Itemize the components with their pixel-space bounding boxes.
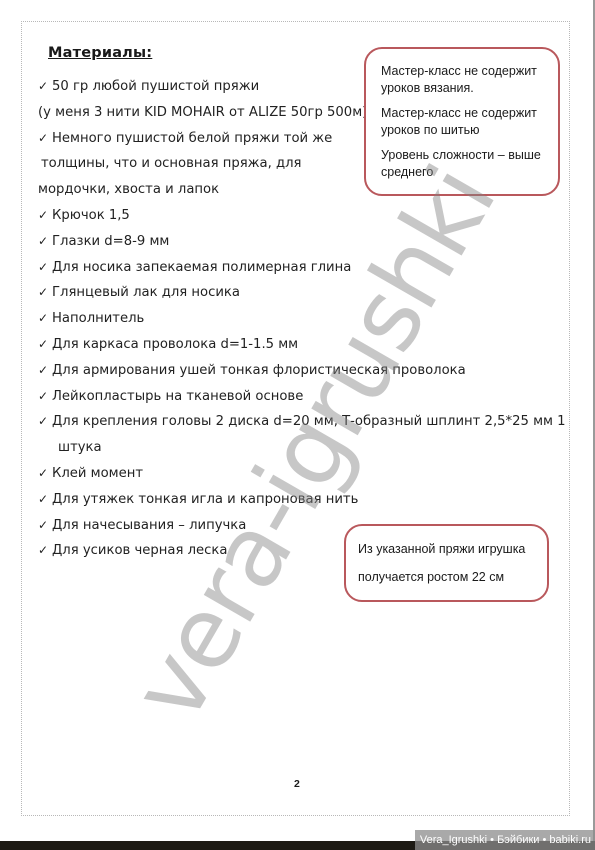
material-line: ✓Для каркаса проволока d=1-1.5 мм (38, 332, 568, 358)
material-text: Крючок 1,5 (52, 208, 130, 223)
checkmark-icon: ✓ (38, 538, 52, 564)
material-text: толщины, что и основная пряжа, для (41, 156, 301, 171)
material-text: 50 гр любой пушистой пряжи (52, 79, 259, 94)
material-line: ✓Для крепления головы 2 диска d=20 мм, Т… (38, 409, 568, 435)
material-text: Глазки d=8-9 мм (52, 234, 169, 249)
material-line: ✓Наполнитель (38, 306, 568, 332)
notice-paragraph: Уровень сложности – выше среднего (381, 147, 548, 181)
material-text: Глянцевый лак для носика (52, 285, 240, 300)
checkmark-icon: ✓ (38, 203, 52, 229)
material-text: Для усиков черная леска (52, 543, 227, 558)
material-line: ✓Крючок 1,5 (38, 203, 568, 229)
checkmark-icon: ✓ (38, 513, 52, 539)
material-line: ✓Глазки d=8-9 мм (38, 229, 568, 255)
checkmark-icon: ✓ (38, 255, 52, 281)
size-paragraph: Из указанной пряжи игрушка (358, 535, 537, 563)
checkmark-icon: ✓ (38, 306, 52, 332)
material-text: мордочки, хвоста и лапок (38, 182, 219, 197)
checkmark-icon: ✓ (38, 358, 52, 384)
material-line: штука (38, 435, 568, 461)
material-line: ✓Для носика запекаемая полимерная глина (38, 255, 568, 281)
material-text: (у меня 3 нити KID MOHAIR от ALIZE 50гр … (38, 105, 367, 120)
materials-heading: Материалы: (48, 45, 152, 61)
material-line: ✓Для армирования ушей тонкая флористичес… (38, 358, 568, 384)
notice-paragraph: Мастер-класс не содержит уроков по шитью (381, 105, 548, 139)
material-line: ✓Для утяжек тонкая игла и капроновая нит… (38, 487, 568, 513)
page-number: 2 (294, 778, 300, 790)
material-text: Для крепления головы 2 диска d=20 мм, Т-… (52, 414, 566, 429)
material-text: штука (58, 440, 102, 455)
checkmark-icon: ✓ (38, 409, 52, 435)
material-text: Для носика запекаемая полимерная глина (52, 260, 351, 275)
checkmark-icon: ✓ (38, 332, 52, 358)
notice-box: Мастер-класс не содержит уроков вязания.… (364, 47, 560, 196)
size-box: Из указанной пряжи игрушка получается ро… (344, 524, 549, 602)
checkmark-icon: ✓ (38, 280, 52, 306)
material-text: Наполнитель (52, 311, 144, 326)
checkmark-icon: ✓ (38, 126, 52, 152)
checkmark-icon: ✓ (38, 74, 52, 100)
material-text: Для каркаса проволока d=1-1.5 мм (52, 337, 298, 352)
material-text: Клей момент (52, 466, 143, 481)
material-text: Для армирования ушей тонкая флористическ… (52, 363, 466, 378)
material-text: Немного пушистой белой пряжи той же (52, 131, 332, 146)
notice-paragraph: Мастер-класс не содержит уроков вязания. (381, 63, 548, 97)
material-line: ✓Глянцевый лак для носика (38, 280, 568, 306)
material-line: ✓Лейкопластырь на тканевой основе (38, 384, 568, 410)
material-text: Для начесывания – липучка (52, 518, 246, 533)
checkmark-icon: ✓ (38, 487, 52, 513)
checkmark-icon: ✓ (38, 461, 52, 487)
material-line: ✓Клей момент (38, 461, 568, 487)
size-paragraph: получается ростом 22 см (358, 563, 537, 591)
checkmark-icon: ✓ (38, 229, 52, 255)
site-watermark-badge: Vera_Igrushki • Бэйбики • babiki.ru (415, 830, 595, 850)
checkmark-icon: ✓ (38, 384, 52, 410)
material-text: Для утяжек тонкая игла и капроновая нить (52, 492, 358, 507)
material-text: Лейкопластырь на тканевой основе (52, 389, 303, 404)
